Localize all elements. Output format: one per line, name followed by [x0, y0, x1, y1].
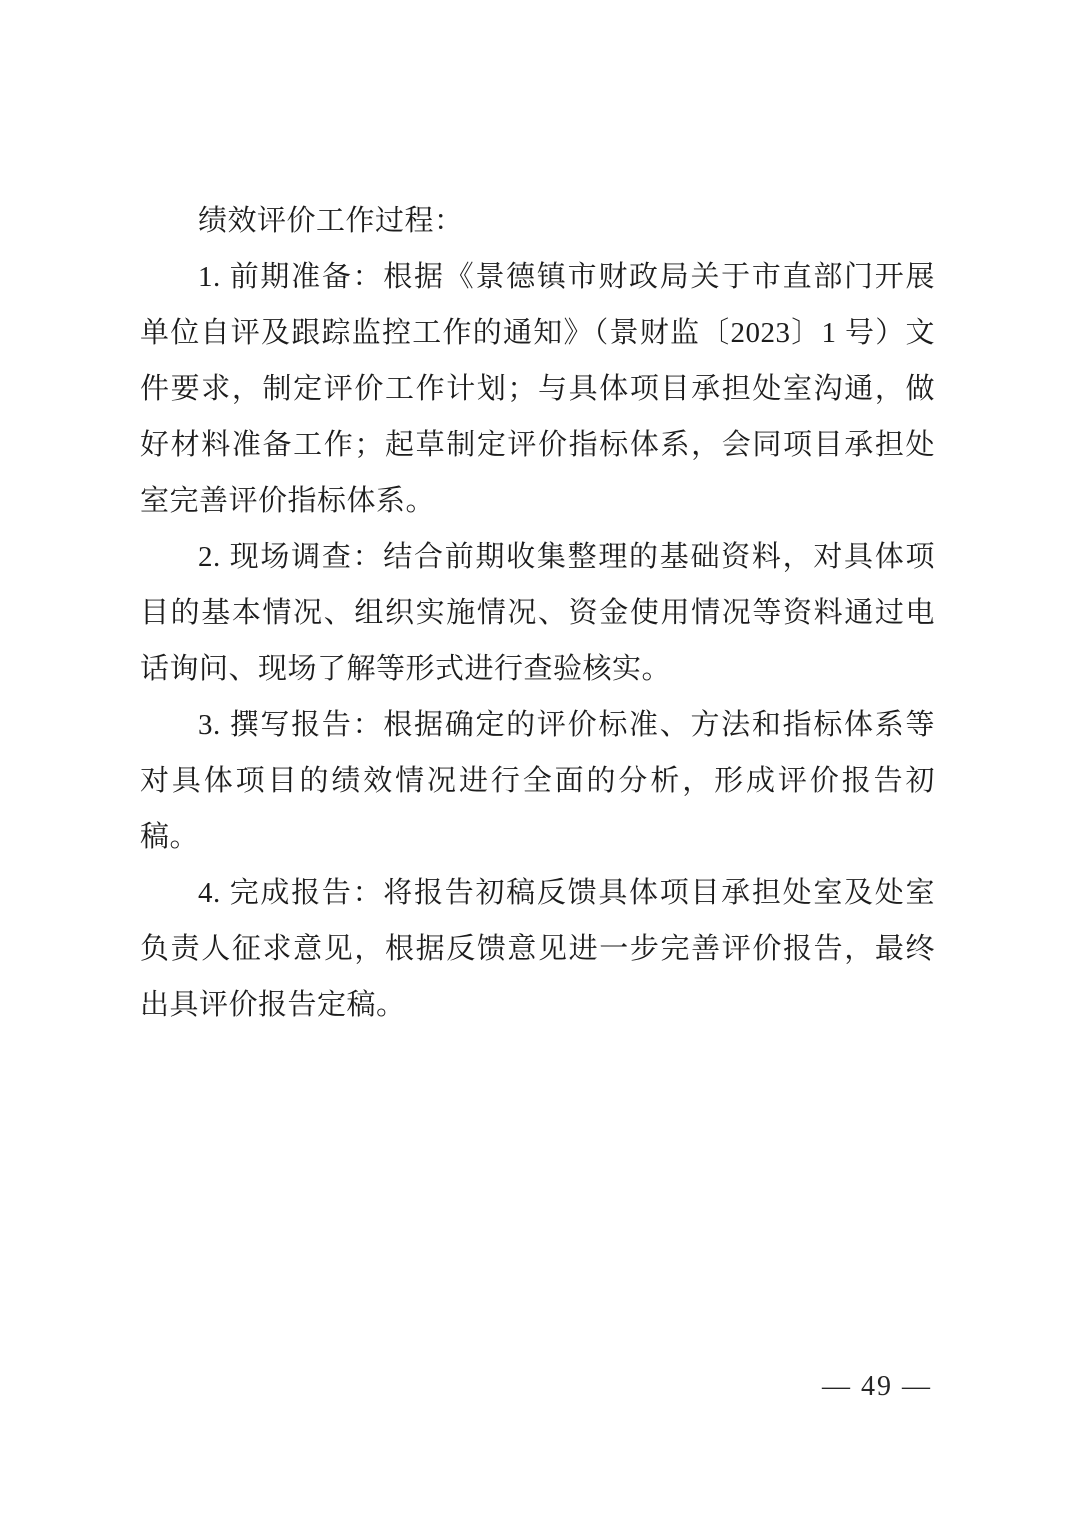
page-number: — 49 — [822, 1371, 932, 1403]
heading-evaluation-work-process: 绩效评价工作过程： [140, 193, 935, 249]
paragraph-3-report-drafting: 3. 撰写报告：根据确定的评价标准、方法和指标体系等对具体项目的绩效情况进行全面… [140, 697, 935, 865]
paragraph-2-field-survey: 2. 现场调查：结合前期收集整理的基础资料，对具体项目的基本情况、组织实施情况、… [140, 529, 935, 697]
document-page: 绩效评价工作过程： 1. 前期准备：根据《景德镇市财政局关于市直部门开展单位自评… [0, 0, 1074, 1520]
paragraph-4-report-completion: 4. 完成报告：将报告初稿反馈具体项目承担处室及处室负责人征求意见，根据反馈意见… [140, 865, 935, 1033]
document-body: 绩效评价工作过程： 1. 前期准备：根据《景德镇市财政局关于市直部门开展单位自评… [140, 193, 935, 1033]
paragraph-1-preparation: 1. 前期准备：根据《景德镇市财政局关于市直部门开展单位自评及跟踪监控工作的通知… [140, 249, 935, 529]
